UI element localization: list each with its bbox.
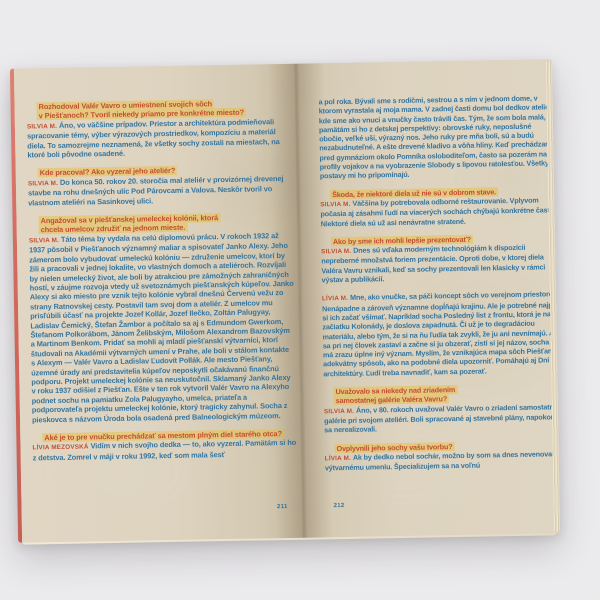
interview-answer: SILVIA M. Väčšina by potrebovala odborné…	[320, 195, 554, 228]
speaker-label: SILVIA M.	[324, 407, 356, 415]
interview-answer: SILVIA M. Táto téma by vydala na celú di…	[29, 231, 296, 425]
speaker-label: SILVIA M.	[29, 237, 61, 245]
page-number: 212	[334, 503, 345, 509]
photo-background: { "theme": { "background": "#ebeaed", "p…	[0, 0, 600, 600]
speaker-label: SILVIA M.	[28, 180, 60, 188]
speaker-label: LÍVIA M.	[322, 295, 350, 302]
left-page: Rozhodoval Valér Vavro o umiestnení svoj…	[14, 64, 304, 543]
answer-text: Áno, vo väčšine prípadov. Priestor a arc…	[27, 117, 280, 160]
question-text: Uvažovalo sa niekedy nad zriadením samos…	[334, 385, 458, 405]
page-text: a pol roka. Bývali sme s rodičmi, sestro…	[318, 93, 554, 513]
speaker-label: SILVIA M.	[320, 201, 352, 209]
answer-text: Ak by dedko nebol sochár, možno by som s…	[325, 449, 554, 472]
answer-text: a pol roka. Bývali sme s rodičmi, sestro…	[318, 94, 553, 181]
interview-answer: LÍVIA MEZOVSKÁ Vidím v nich svojho dedka…	[32, 438, 296, 462]
answer-text: Do konca 50. rokov 20. storočia mal atel…	[28, 174, 283, 207]
speaker-label: LÍVIA M.	[325, 455, 353, 462]
answer-text: Dnes sú vďaka moderným technológiám k di…	[321, 243, 545, 284]
answer-text: Väčšina by potrebovala odborné reštaurov…	[320, 196, 553, 228]
speaker-label: SILVIA M.	[27, 123, 59, 131]
speaker-label: LÍVIA MEZOVSKÁ	[32, 444, 90, 452]
page-number: 211	[277, 504, 288, 510]
interview-answer: SILVIA M. Áno, v 80. rokoch uvažoval Val…	[324, 402, 554, 435]
interview-answer: SILVIA M. Do konca 50. rokov 20. storoči…	[28, 174, 292, 208]
interview-answer: a pol roka. Bývali sme s rodičmi, sestro…	[318, 93, 554, 181]
interview-answer: SILVIA M. Áno, vo väčšine prípadov. Prie…	[27, 117, 292, 160]
right-page: a pol roka. Bývali sme s rodičmi, sestro…	[296, 59, 554, 537]
book-spread: Rozhodoval Valér Vavro o umiestnení svoj…	[10, 59, 560, 542]
answer-text: Áno, v 80. rokoch uvažoval Valér Vavro o…	[324, 402, 554, 435]
answer-text: Táto téma by vydala na celú diplomovú pr…	[29, 231, 294, 424]
page-text: Rozhodoval Valér Vavro o umiestnení svoj…	[26, 98, 297, 519]
answer-text: Mne, ako vnučke, sa páči koncept sôch vo…	[322, 290, 554, 378]
interview-answer: SILVIA M. Dnes sú vďaka moderným technol…	[321, 242, 554, 284]
speaker-label: SILVIA M.	[321, 248, 353, 256]
interview-answer: LÍVIA M. Mne, ako vnučke, sa páči koncep…	[322, 290, 554, 379]
interview-answer: LÍVIA M. Ak by dedko nebol sochár, možno…	[325, 449, 554, 473]
